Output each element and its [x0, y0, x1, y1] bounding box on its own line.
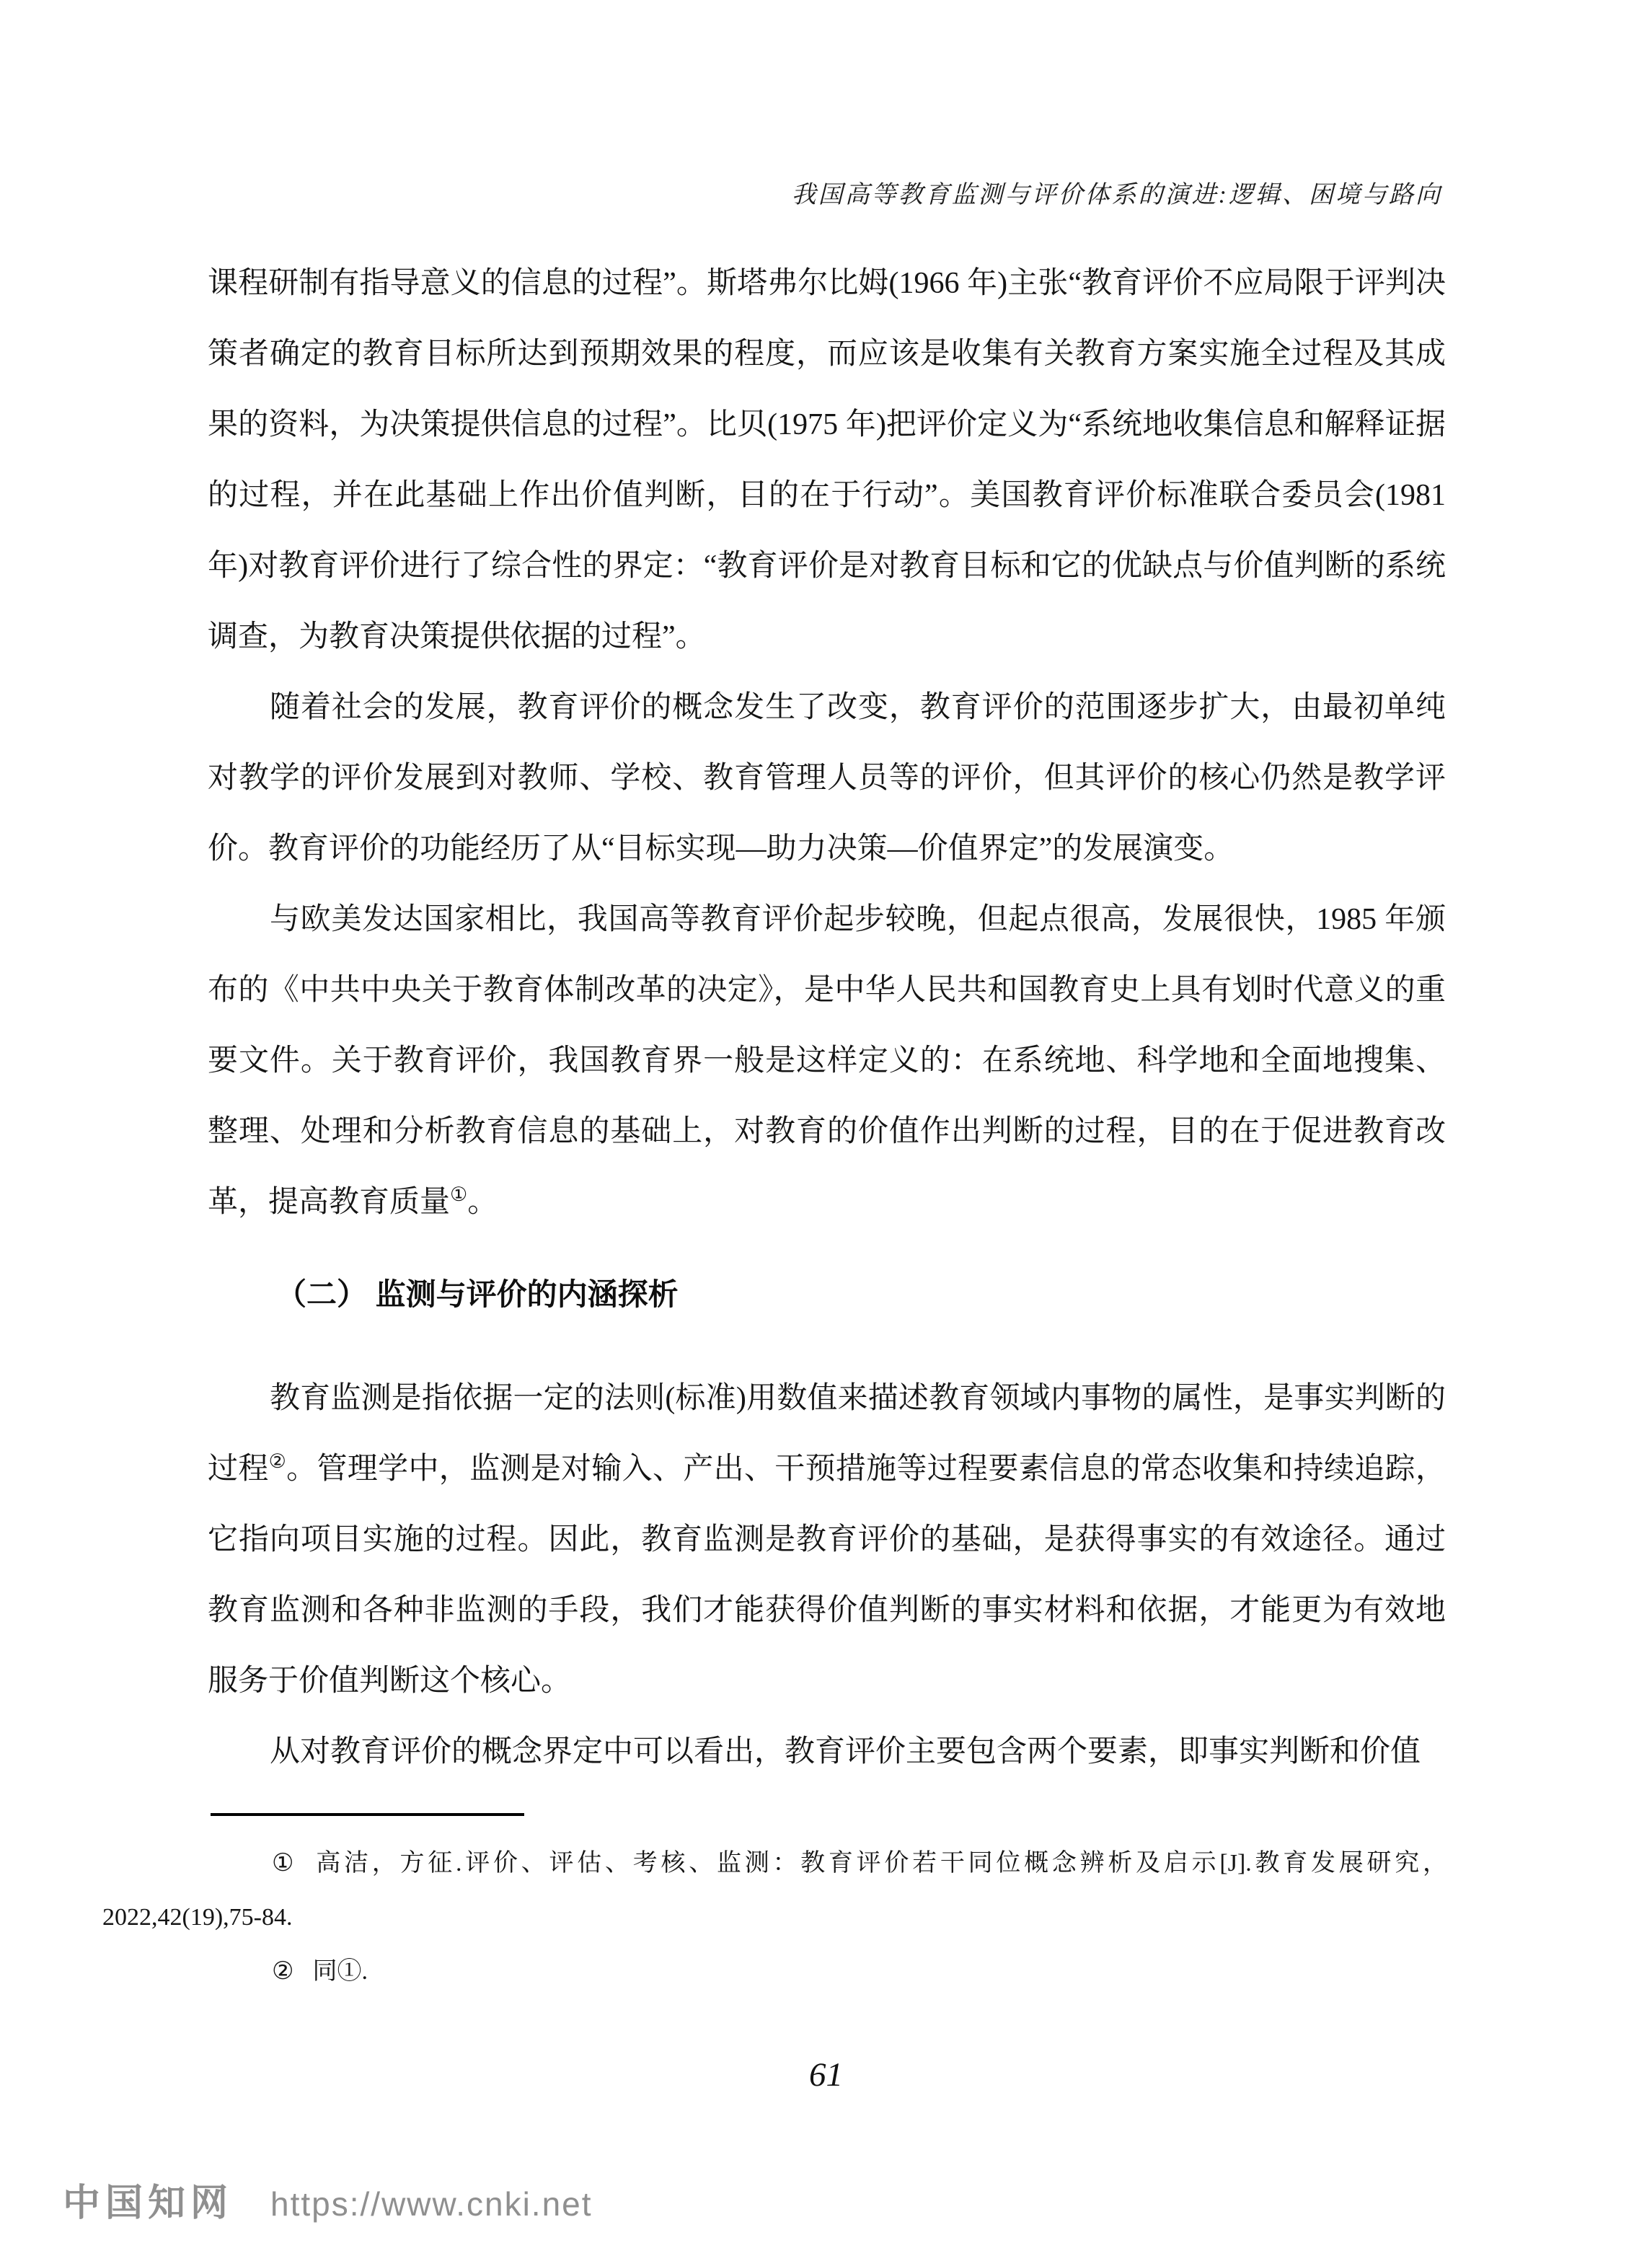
footnotes-block: ①高洁，方征.评价、评估、考核、监测：教育评价若干同位概念辨析及启示[J].教育… [102, 1836, 1447, 1998]
footnote-ref-2: ② [269, 1450, 287, 1472]
section-heading: （二） 监测与评价的内涵探析 [208, 1259, 1446, 1330]
paragraph-5: 从对教育评价的概念界定中可以看出，教育评价主要包含两个要素，即事实判断和价值 [208, 1716, 1446, 1787]
paragraph-4-text-end: 。管理学中，监测是对输入、产出、干预措施等过程要素信息的常态收集和持续追踪，它指… [208, 1452, 1446, 1698]
footnote-ref-1: ① [450, 1183, 467, 1205]
running-header-title: 我国高等教育监测与评价体系的演进:逻辑、困境与路向 [792, 175, 1442, 210]
footnote-item-1: ①高洁，方征.评价、评估、考核、监测：教育评价若干同位概念辨析及启示[J].教育… [102, 1836, 1447, 1944]
cnki-watermark-url: https://www.cnki.net [270, 2185, 593, 2223]
paragraph-3-text: 与欧美发达国家相比，我国高等教育评价起步较晚，但起点很高，发展很快，1985 年… [208, 903, 1446, 1219]
footnote-item-2: ②同①. [102, 1944, 1447, 1998]
cnki-logo-text: 中国知网 [63, 2182, 233, 2224]
footnote-1-marker: ① [272, 1850, 316, 1877]
paragraph-2: 随着社会的发展，教育评价的概念发生了改变，教育评价的范围逐步扩大，由最初单纯对教… [208, 672, 1446, 884]
article-body: 课程研制有指导意义的信息的过程”。斯塔弗尔比姆(1966 年)主张“教育评价不应… [208, 248, 1446, 1787]
page-number: 61 [0, 2055, 1652, 2094]
footnote-2-marker: ② [272, 1958, 312, 1985]
footnote-2-text: 同①. [312, 1958, 368, 1985]
paragraph-3: 与欧美发达国家相比，我国高等教育评价起步较晚，但起点很高，发展很快，1985 年… [208, 884, 1446, 1238]
cnki-watermark: 中国知网https://www.cnki.net [63, 2172, 593, 2226]
paragraph-1: 课程研制有指导意义的信息的过程”。斯塔弗尔比姆(1966 年)主张“教育评价不应… [208, 248, 1446, 672]
paragraph-4: 教育监测是指依据一定的法则(标准)用数值来描述教育领域内事物的属性，是事实判断的… [208, 1363, 1446, 1716]
footnote-separator-rule [211, 1813, 524, 1816]
paragraph-3-text-end: 。 [467, 1186, 498, 1219]
document-page: 我国高等教育监测与评价体系的演进:逻辑、困境与路向 课程研制有指导意义的信息的过… [0, 0, 1652, 2266]
